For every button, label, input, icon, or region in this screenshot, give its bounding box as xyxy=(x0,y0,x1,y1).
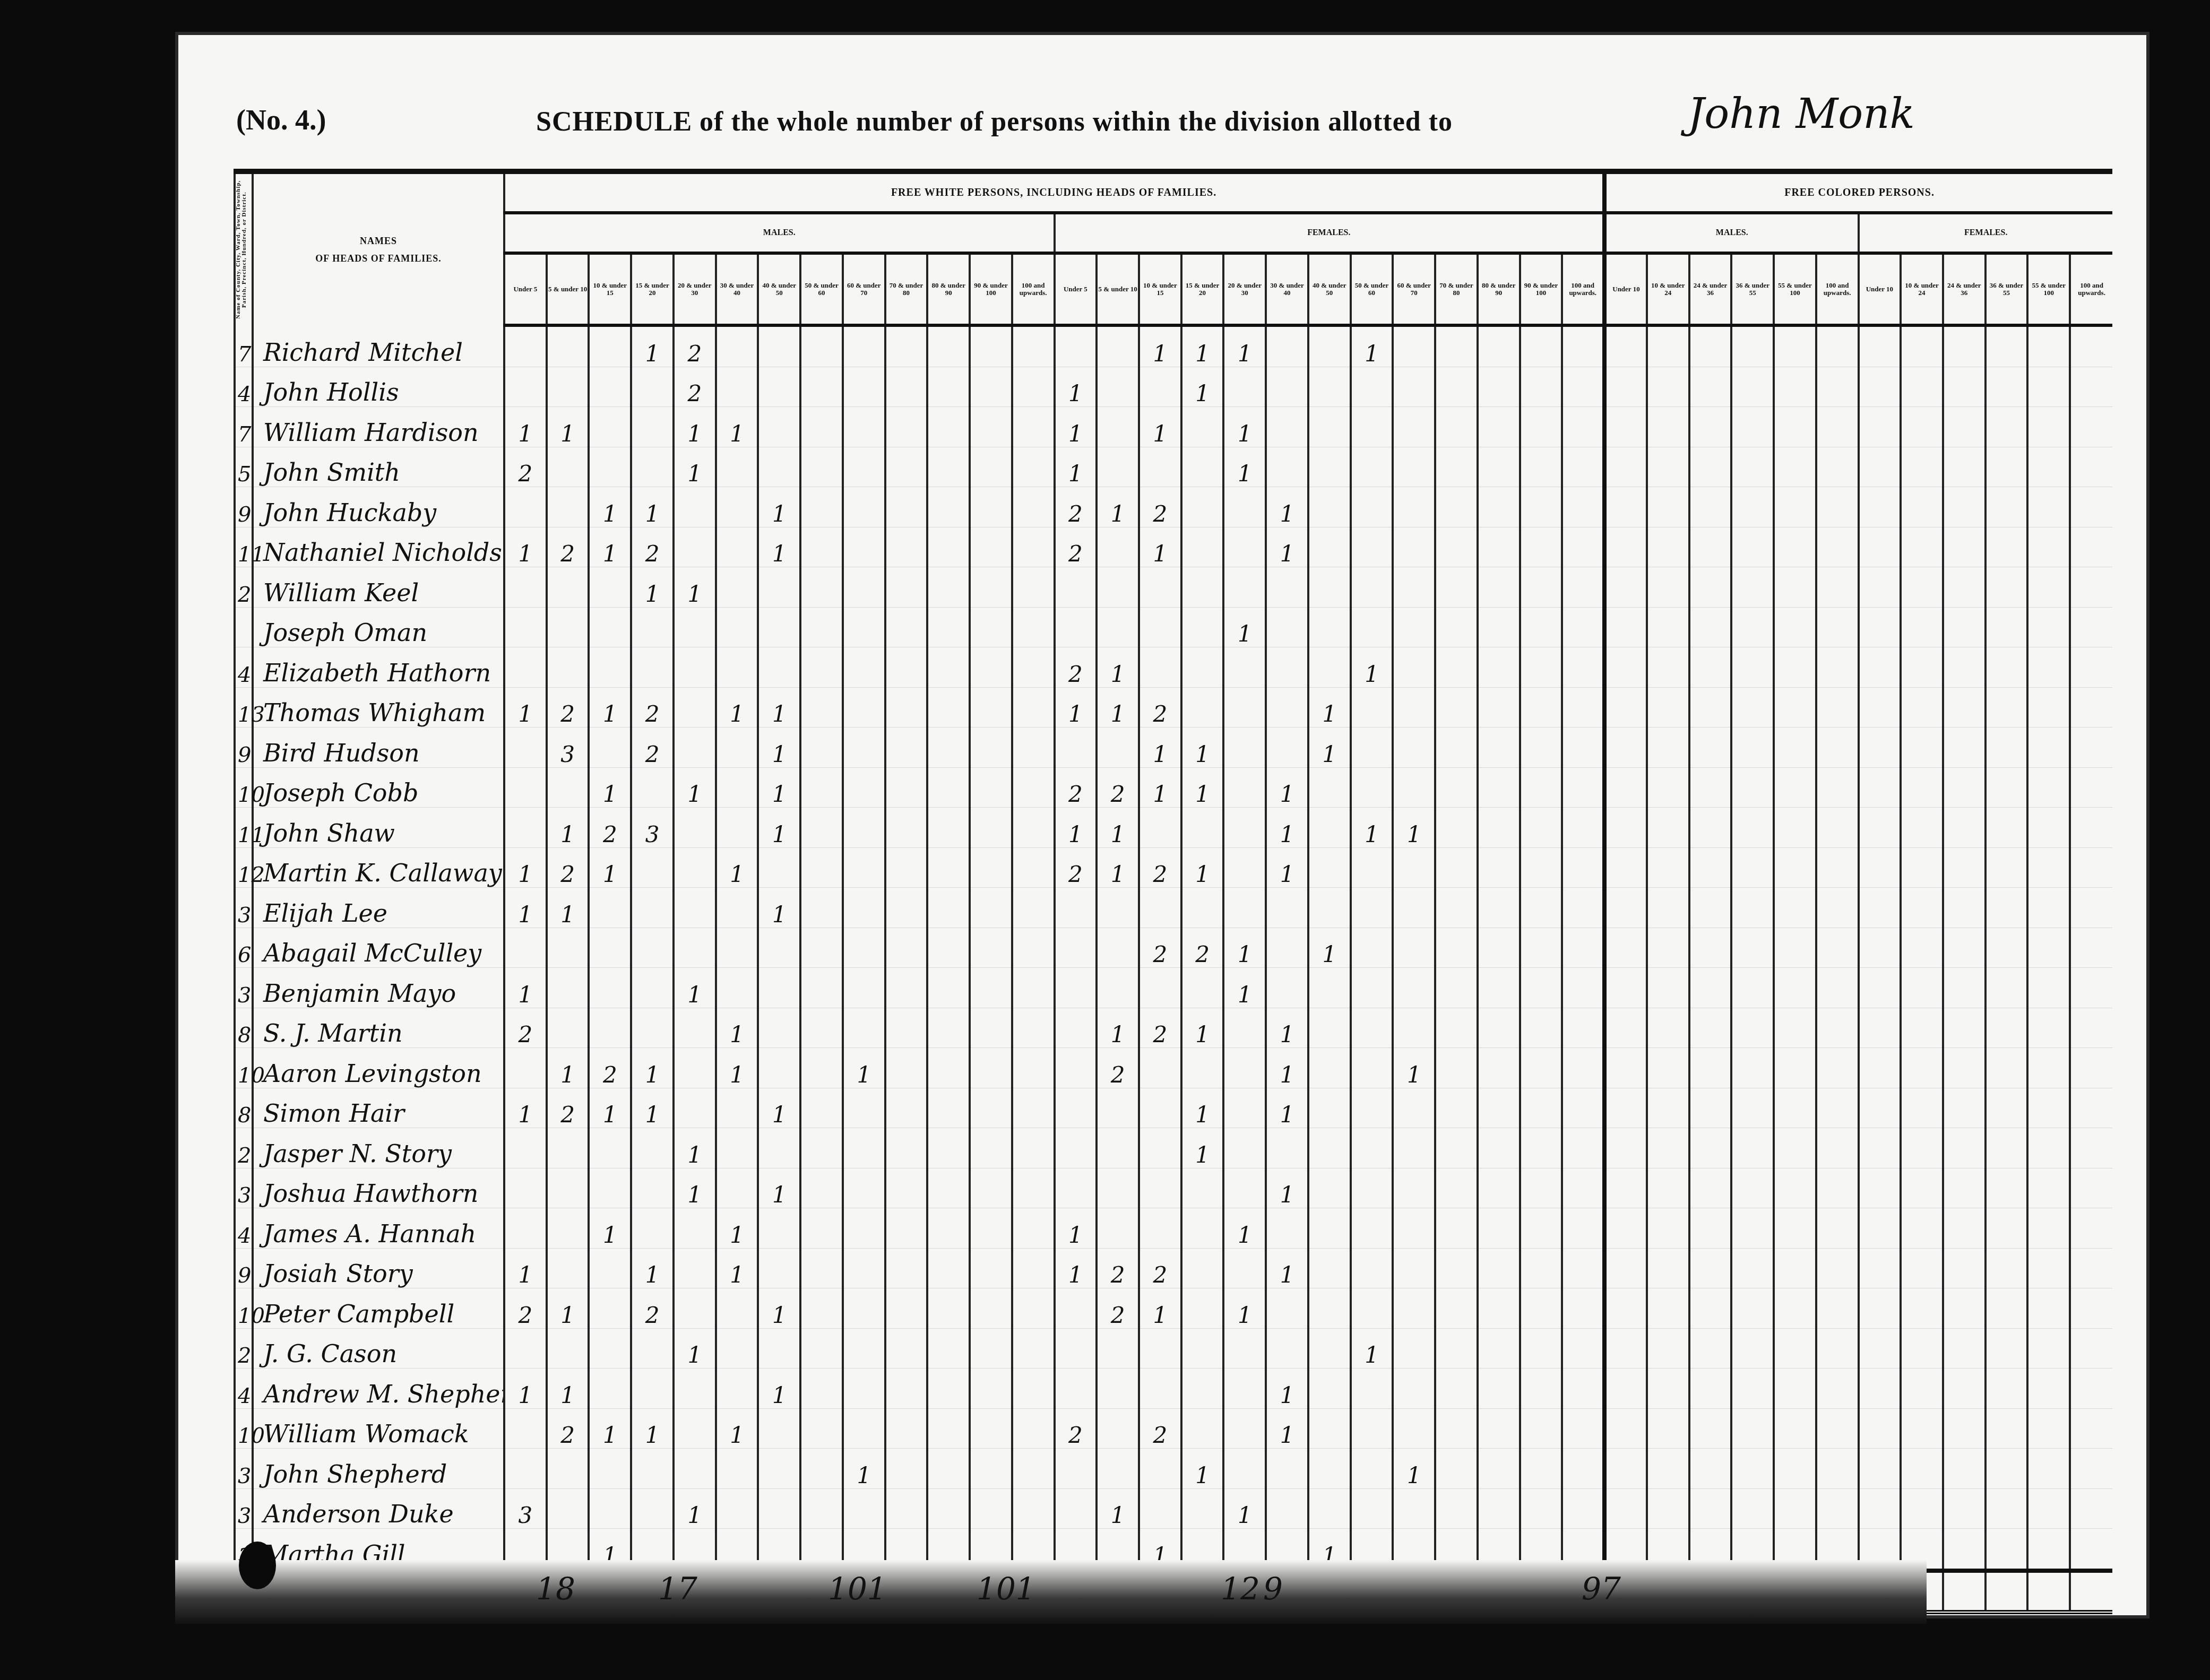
white-female-count xyxy=(1139,968,1181,1008)
white-female-count: 1 xyxy=(1181,767,1224,808)
colored-count xyxy=(1647,1168,1689,1208)
white-female-count xyxy=(1139,607,1181,647)
colored-count xyxy=(1859,1168,1901,1208)
white-female-count xyxy=(1520,847,1562,888)
white-female-count xyxy=(1351,928,1393,968)
colored-count xyxy=(2070,1408,2112,1449)
white-male-count xyxy=(504,367,547,407)
white-male-count xyxy=(504,928,547,968)
white-female-count xyxy=(1266,928,1308,968)
colored-count xyxy=(1901,647,1943,688)
white-male-count xyxy=(800,1488,843,1529)
colored-count xyxy=(1901,567,1943,608)
white-male-count xyxy=(800,728,843,768)
white-female-count: 1 xyxy=(1055,407,1097,447)
white-male-count xyxy=(1012,1248,1055,1288)
white-male-count xyxy=(927,447,970,487)
colored-count xyxy=(1901,527,1943,567)
white-male-count xyxy=(758,447,800,487)
head-of-family-name: John Shepherd xyxy=(253,1449,504,1489)
white-male-count: 2 xyxy=(547,1088,589,1128)
white-female-count xyxy=(1055,1128,1097,1168)
colored-count xyxy=(1731,1288,1774,1329)
colored-count xyxy=(2070,687,2112,728)
white-female-count: 2 xyxy=(1055,847,1097,888)
colored-count xyxy=(2027,1488,2070,1529)
white-male-count: 2 xyxy=(504,1288,547,1329)
white-male-count xyxy=(970,1208,1012,1249)
white-male-count xyxy=(927,968,970,1008)
white-male-count xyxy=(927,1288,970,1329)
white-male-count xyxy=(758,367,800,407)
white-female-count xyxy=(1520,928,1562,968)
colored-count xyxy=(1859,1328,1901,1369)
white-male-count xyxy=(716,607,758,647)
colored-count xyxy=(1731,367,1774,407)
colored-count xyxy=(1604,487,1647,527)
white-female-count: 1 xyxy=(1266,1048,1308,1088)
white-male-count xyxy=(885,728,928,768)
white-female-count: 2 xyxy=(1139,928,1181,968)
white-male-count xyxy=(843,1128,885,1168)
household-row: 3Joshua Hawthorn111 xyxy=(235,1168,2112,1208)
white-male-count: 2 xyxy=(631,728,674,768)
white-male-count xyxy=(716,1369,758,1409)
white-male-count xyxy=(1012,808,1055,848)
white-female-count xyxy=(1351,1128,1393,1168)
white-female-count xyxy=(1351,567,1393,608)
white-male-count xyxy=(1012,1208,1055,1249)
colored-count xyxy=(2027,325,2070,367)
white-female-count xyxy=(1055,928,1097,968)
white-male-count xyxy=(674,647,716,688)
white-female-count xyxy=(1562,567,1604,608)
colored-count xyxy=(1689,888,1732,928)
white-female-count xyxy=(1097,1088,1139,1128)
white-male-count xyxy=(843,325,885,367)
colored-count xyxy=(1774,367,1816,407)
white-female-count xyxy=(1139,447,1181,487)
colored-count xyxy=(1604,1488,1647,1529)
white-male-count xyxy=(716,728,758,768)
colored-count xyxy=(2070,447,2112,487)
white-female-count xyxy=(1435,767,1478,808)
colored-count xyxy=(2027,1128,2070,1168)
white-male-count: 1 xyxy=(589,847,631,888)
white-female-count xyxy=(1351,1408,1393,1449)
white-male-count xyxy=(885,1288,928,1329)
white-male-count xyxy=(716,647,758,688)
colored-count xyxy=(1647,607,1689,647)
white-males-header: MALES. xyxy=(504,213,1055,253)
white-female-count xyxy=(1562,928,1604,968)
white-male-count xyxy=(885,487,928,527)
white-female-count xyxy=(1181,687,1224,728)
white-female-count xyxy=(1435,1048,1478,1088)
white-male-count: 2 xyxy=(589,1048,631,1088)
white-male-count xyxy=(970,647,1012,688)
white-female-count xyxy=(1520,1328,1562,1369)
colored-count xyxy=(1943,1369,1985,1409)
white-female-count: 1 xyxy=(1055,687,1097,728)
family-size: 10 xyxy=(235,767,253,808)
white-female-count xyxy=(1266,1288,1308,1329)
colored-count xyxy=(1774,928,1816,968)
colored-count xyxy=(1731,607,1774,647)
white-male-count xyxy=(504,767,547,808)
white-male-count xyxy=(631,888,674,928)
white-female-age-header: 50 & under 60 xyxy=(1351,253,1393,325)
colored-count xyxy=(1985,527,2028,567)
white-female-count xyxy=(1223,1168,1266,1208)
head-of-family-name: Jasper N. Story xyxy=(253,1128,504,1168)
colored-count xyxy=(1604,1128,1647,1168)
white-male-count xyxy=(504,728,547,768)
white-female-count: 1 xyxy=(1055,808,1097,848)
white-female-count: 2 xyxy=(1139,1408,1181,1449)
white-male-count: 1 xyxy=(674,1168,716,1208)
colored-count xyxy=(1604,767,1647,808)
white-female-count xyxy=(1223,487,1266,527)
colored-count xyxy=(1985,567,2028,608)
white-female-count: 1 xyxy=(1393,808,1435,848)
white-male-count xyxy=(970,888,1012,928)
white-female-count: 1 xyxy=(1351,1328,1393,1369)
colored-male-age-header: 36 & under 55 xyxy=(1731,253,1774,325)
white-male-count xyxy=(843,1168,885,1208)
white-female-count: 1 xyxy=(1266,1408,1308,1449)
colored-count xyxy=(1943,968,1985,1008)
colored-count xyxy=(1647,847,1689,888)
colored-count xyxy=(1647,1088,1689,1128)
white-male-count: 1 xyxy=(631,1048,674,1088)
colored-count xyxy=(1859,847,1901,888)
white-male-age-header: 60 & under 70 xyxy=(843,253,885,325)
white-male-count xyxy=(1012,647,1055,688)
white-female-count xyxy=(1351,728,1393,768)
colored-count xyxy=(1604,847,1647,888)
white-male-age-header: 10 & under 15 xyxy=(589,253,631,325)
colored-count xyxy=(1689,1369,1732,1409)
white-male-count xyxy=(1012,1008,1055,1048)
colored-count xyxy=(2070,767,2112,808)
colored-count xyxy=(1604,888,1647,928)
white-female-count xyxy=(1562,367,1604,407)
household-row: 9Bird Hudson321111 xyxy=(235,728,2112,768)
colored-count xyxy=(1647,1208,1689,1249)
colored-count xyxy=(1985,647,2028,688)
white-male-count xyxy=(970,928,1012,968)
white-male-count: 1 xyxy=(758,808,800,848)
white-female-count xyxy=(1097,527,1139,567)
white-female-count xyxy=(1181,1369,1224,1409)
colored-count xyxy=(1901,687,1943,728)
white-female-count xyxy=(1393,1288,1435,1329)
household-row: 10William Womack2111221 xyxy=(235,1408,2112,1449)
head-of-family-name: Elizabeth Hathorn xyxy=(253,647,504,688)
white-male-count xyxy=(927,928,970,968)
white-female-count xyxy=(1435,847,1478,888)
white-male-count xyxy=(547,487,589,527)
head-of-family-name: William Hardison xyxy=(253,407,504,447)
white-female-count xyxy=(1478,1208,1520,1249)
colored-count xyxy=(1774,1408,1816,1449)
family-size: 2 xyxy=(235,1128,253,1168)
white-male-count xyxy=(758,567,800,608)
white-male-count xyxy=(1012,1128,1055,1168)
household-row: 7William Hardison1111111 xyxy=(235,407,2112,447)
colored-count xyxy=(1859,728,1901,768)
white-male-count xyxy=(970,1128,1012,1168)
colored-count xyxy=(2070,1008,2112,1048)
white-male-count xyxy=(843,1208,885,1249)
white-female-count xyxy=(1181,1328,1224,1369)
colored-count xyxy=(1774,1449,1816,1489)
white-female-count xyxy=(1351,367,1393,407)
white-male-count xyxy=(1012,325,1055,367)
colored-count xyxy=(1859,1408,1901,1449)
white-male-count xyxy=(843,968,885,1008)
white-female-count xyxy=(1520,1369,1562,1409)
white-female-count xyxy=(1520,1288,1562,1329)
family-size: 2 xyxy=(235,567,253,608)
white-male-count xyxy=(758,1208,800,1249)
white-female-count xyxy=(1435,687,1478,728)
colored-count xyxy=(1731,527,1774,567)
white-female-count xyxy=(1055,1008,1097,1048)
colored-count xyxy=(1731,1328,1774,1369)
family-size: 10 xyxy=(235,1048,253,1088)
colored-count xyxy=(1985,367,2028,407)
white-male-count xyxy=(970,808,1012,848)
white-male-count xyxy=(716,447,758,487)
white-male-count xyxy=(589,1008,631,1048)
white-male-count: 1 xyxy=(631,1408,674,1449)
white-male-count xyxy=(674,1369,716,1409)
white-male-count: 1 xyxy=(716,847,758,888)
white-male-count xyxy=(547,367,589,407)
colored-count xyxy=(1985,1008,2028,1048)
white-male-count xyxy=(716,888,758,928)
white-female-count xyxy=(1435,367,1478,407)
white-male-count: 1 xyxy=(547,407,589,447)
white-female-count xyxy=(1562,1369,1604,1409)
white-female-count xyxy=(1181,407,1224,447)
white-male-count: 1 xyxy=(589,1208,631,1249)
white-male-count: 2 xyxy=(504,1008,547,1048)
colored-count xyxy=(2070,1449,2112,1489)
white-female-count xyxy=(1478,1128,1520,1168)
colored-count xyxy=(1647,1248,1689,1288)
colored-count xyxy=(1647,888,1689,928)
colored-count xyxy=(1647,527,1689,567)
white-female-count xyxy=(1478,527,1520,567)
white-male-count xyxy=(800,607,843,647)
white-female-count xyxy=(1055,888,1097,928)
white-male-count xyxy=(800,1048,843,1088)
white-female-count xyxy=(1097,407,1139,447)
white-female-count xyxy=(1097,1369,1139,1409)
page-bottom-shadow xyxy=(175,1560,1927,1624)
white-male-count xyxy=(504,1328,547,1369)
colored-count xyxy=(1901,1449,1943,1489)
white-female-count xyxy=(1223,847,1266,888)
household-row: 4Andrew M. Shepherd1111 xyxy=(235,1369,2112,1409)
schedule-number: (No. 4.) xyxy=(236,103,326,136)
white-female-count xyxy=(1562,728,1604,768)
white-male-count xyxy=(885,808,928,848)
colored-count xyxy=(1901,607,1943,647)
white-female-count xyxy=(1223,1449,1266,1489)
head-of-family-name: Aaron Levingston xyxy=(253,1048,504,1088)
colored-count xyxy=(1985,1248,2028,1288)
white-male-count xyxy=(758,847,800,888)
white-female-count xyxy=(1223,1048,1266,1088)
white-female-count xyxy=(1478,928,1520,968)
white-male-count xyxy=(716,567,758,608)
white-male-count xyxy=(716,1328,758,1369)
white-male-count xyxy=(674,847,716,888)
white-female-count xyxy=(1562,847,1604,888)
white-male-count: 1 xyxy=(674,767,716,808)
white-female-count: 2 xyxy=(1097,1048,1139,1088)
white-female-count xyxy=(1520,728,1562,768)
white-female-count xyxy=(1351,968,1393,1008)
white-female-count xyxy=(1308,647,1351,688)
white-male-count: 1 xyxy=(504,1088,547,1128)
colored-female-age-header: Under 10 xyxy=(1859,253,1901,325)
white-male-count xyxy=(843,447,885,487)
white-male-count: 2 xyxy=(674,367,716,407)
white-female-count xyxy=(1308,1328,1351,1369)
white-female-count xyxy=(1308,1408,1351,1449)
white-male-count: 1 xyxy=(547,1048,589,1088)
white-male-count: 1 xyxy=(631,487,674,527)
family-size: 3 xyxy=(235,1168,253,1208)
colored-count xyxy=(1985,325,2028,367)
white-male-count xyxy=(970,1328,1012,1369)
white-male-count xyxy=(716,968,758,1008)
white-male-count xyxy=(631,1369,674,1409)
white-male-count xyxy=(504,808,547,848)
white-female-count xyxy=(1562,1248,1604,1288)
white-male-count xyxy=(674,728,716,768)
white-female-count xyxy=(1266,888,1308,928)
white-female-age-header: 40 & under 50 xyxy=(1308,253,1351,325)
colored-count xyxy=(1731,847,1774,888)
white-male-count xyxy=(885,1128,928,1168)
household-row: Joseph Oman1 xyxy=(235,607,2112,647)
colored-count xyxy=(1943,325,1985,367)
white-female-count: 1 xyxy=(1139,407,1181,447)
white-male-count xyxy=(843,1369,885,1409)
white-male-count xyxy=(970,1369,1012,1409)
head-of-family-name: Nathaniel Nicholds xyxy=(253,527,504,567)
colored-count xyxy=(1774,687,1816,728)
white-male-count xyxy=(800,808,843,848)
white-female-count xyxy=(1562,968,1604,1008)
white-female-count: 1 xyxy=(1266,847,1308,888)
white-female-count xyxy=(1393,487,1435,527)
white-female-count xyxy=(1181,1168,1224,1208)
colored-count xyxy=(1774,407,1816,447)
white-female-count: 1 xyxy=(1393,1048,1435,1088)
colored-total xyxy=(1985,1571,2028,1612)
white-male-count xyxy=(885,607,928,647)
colored-count xyxy=(1647,1449,1689,1489)
family-size: 3 xyxy=(235,968,253,1008)
white-female-count xyxy=(1435,1328,1478,1369)
white-female-count xyxy=(1520,888,1562,928)
white-male-count xyxy=(589,1488,631,1529)
white-male-count xyxy=(885,647,928,688)
white-male-count: 1 xyxy=(758,888,800,928)
white-female-count xyxy=(1435,928,1478,968)
white-female-count xyxy=(1520,567,1562,608)
white-female-count xyxy=(1562,1048,1604,1088)
white-female-count xyxy=(1435,567,1478,608)
white-female-count xyxy=(1308,767,1351,808)
colored-count xyxy=(1943,928,1985,968)
white-female-count xyxy=(1478,325,1520,367)
white-male-count xyxy=(927,1048,970,1088)
white-male-count xyxy=(504,1449,547,1489)
white-male-age-header: 40 & under 50 xyxy=(758,253,800,325)
colored-count xyxy=(1816,527,1859,567)
colored-count xyxy=(1689,1168,1732,1208)
white-female-count xyxy=(1562,808,1604,848)
colored-count xyxy=(2070,367,2112,407)
white-male-count xyxy=(885,1168,928,1208)
white-female-count xyxy=(1055,728,1097,768)
white-male-count xyxy=(589,1369,631,1409)
colored-count xyxy=(1647,487,1689,527)
colored-count xyxy=(1816,487,1859,527)
colored-count xyxy=(1731,767,1774,808)
white-male-count xyxy=(1012,1168,1055,1208)
colored-male-age-header: 100 and upwards. xyxy=(1816,253,1859,325)
schedule-title: SCHEDULE of the whole number of persons … xyxy=(536,106,1453,137)
white-male-count xyxy=(758,1408,800,1449)
colored-count xyxy=(1604,407,1647,447)
colored-count xyxy=(1604,1208,1647,1249)
white-female-count: 1 xyxy=(1223,607,1266,647)
colored-count xyxy=(1816,1488,1859,1529)
white-female-count xyxy=(1393,1328,1435,1369)
colored-count xyxy=(1943,527,1985,567)
white-male-count xyxy=(885,928,928,968)
colored-count xyxy=(1943,1328,1985,1369)
white-female-count xyxy=(1097,447,1139,487)
white-male-count: 1 xyxy=(504,1248,547,1288)
white-female-count xyxy=(1562,527,1604,567)
white-female-count xyxy=(1520,1008,1562,1048)
white-male-count xyxy=(843,888,885,928)
white-male-count: 1 xyxy=(504,407,547,447)
colored-count xyxy=(1859,325,1901,367)
white-male-count xyxy=(843,1008,885,1048)
colored-count xyxy=(1689,447,1732,487)
head-of-family-name: John Shaw xyxy=(253,808,504,848)
white-female-count xyxy=(1139,1449,1181,1489)
colored-count xyxy=(2027,487,2070,527)
colored-count xyxy=(1816,1008,1859,1048)
white-male-count: 1 xyxy=(674,1328,716,1369)
white-male-count xyxy=(927,1449,970,1489)
white-male-count xyxy=(631,647,674,688)
white-male-count xyxy=(970,968,1012,1008)
colored-count xyxy=(1943,1449,1985,1489)
